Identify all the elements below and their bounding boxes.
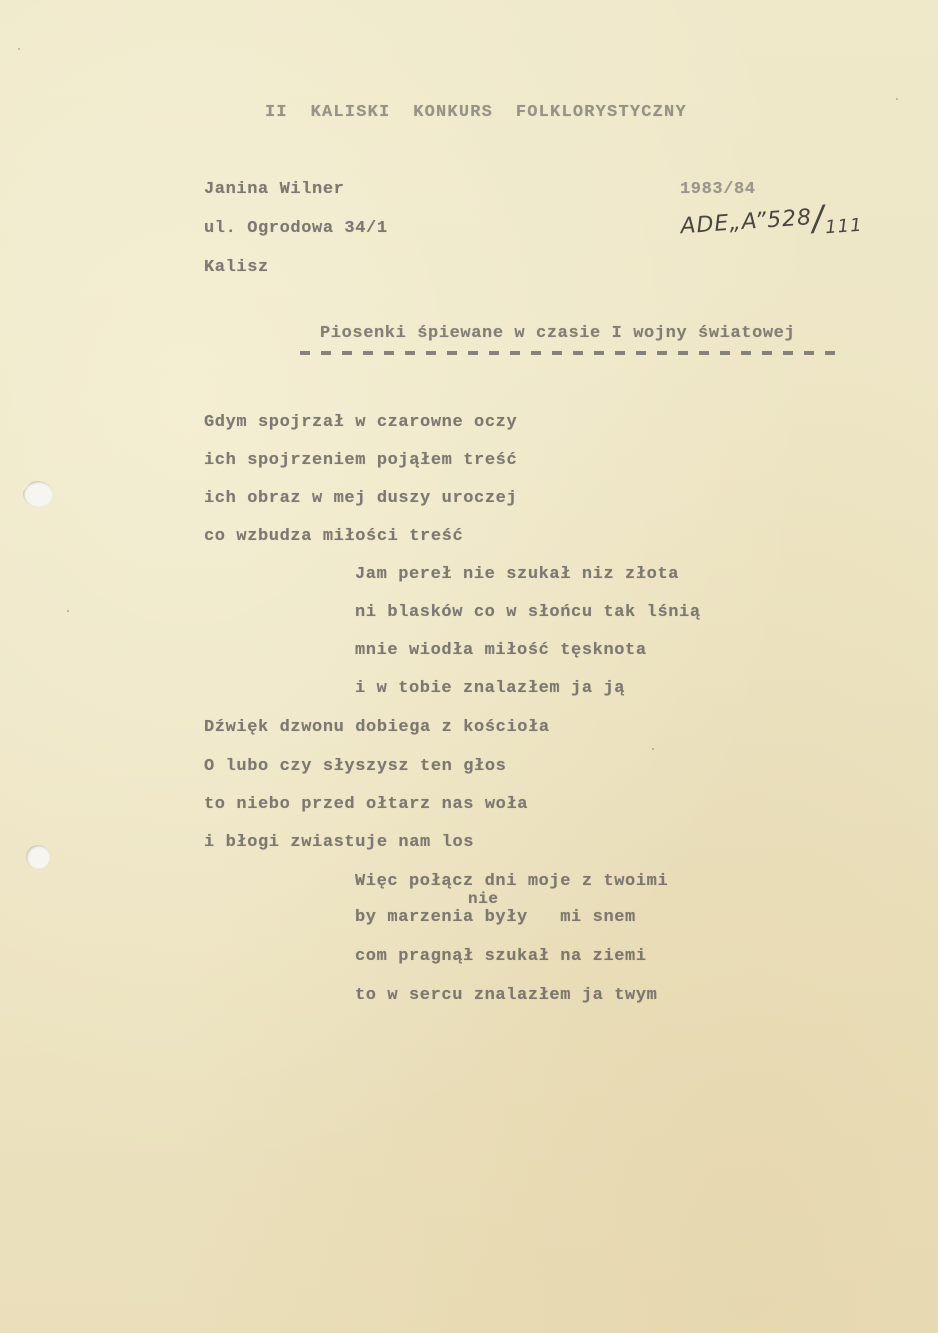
- author-city: Kalisz: [204, 258, 269, 277]
- verse-line: mnie wiodła miłość tęsknota: [355, 641, 647, 660]
- punch-hole: [23, 481, 53, 507]
- contest-header: II KALISKI KONKURS FOLKLORYSTYCZNY: [265, 103, 687, 122]
- verse-line: Jam pereł nie szukał niz złota: [355, 565, 679, 584]
- archive-mark-text: ADE„A”528: [680, 205, 813, 239]
- year: 1983/84: [680, 180, 756, 199]
- verse-line: Dźwięk dzwonu dobiega z kościoła: [204, 718, 550, 737]
- verse-line: co wzbudza miłości treść: [204, 527, 463, 546]
- verse-line: ich spojrzeniem pojąłem treść: [204, 451, 517, 470]
- archive-mark-sub: 111: [824, 215, 863, 239]
- paper-speck: [18, 48, 20, 50]
- author-name: Janina Wilner: [204, 180, 344, 199]
- verse-line: ich obraz w mej duszy uroczej: [204, 489, 517, 508]
- verse-line: to niebo przed ołtarz nas woła: [204, 795, 528, 814]
- title-underline: [300, 351, 845, 355]
- typed-insertion: nie: [468, 890, 499, 908]
- author-street: ul. Ogrodowa 34/1: [204, 219, 388, 238]
- paper-speck: [67, 610, 69, 612]
- verse-line: com pragnął szukał na ziemi: [355, 947, 647, 966]
- song-title: Piosenki śpiewane w czasie I wojny świat…: [320, 324, 795, 343]
- paper-speck: [896, 98, 898, 100]
- paper-speck: [652, 748, 654, 750]
- document-page: II KALISKI KONKURS FOLKLORYSTYCZNY Janin…: [0, 0, 938, 1333]
- verse-line: O lubo czy słyszysz ten głos: [204, 757, 506, 776]
- punch-hole: [26, 845, 50, 869]
- verse-line: i błogi zwiastuje nam los: [204, 833, 474, 852]
- verse-line: Gdym spojrzał w czarowne oczy: [204, 413, 517, 432]
- verse-line: by marzenia były mi snem: [355, 908, 636, 927]
- verse-line: Więc połącz dni moje z twoimi: [355, 872, 668, 891]
- verse-line: to w sercu znalazłem ja twym: [355, 986, 657, 1005]
- verse-line: ni blasków co w słońcu tak lśnią: [355, 603, 701, 622]
- verse-line: i w tobie znalazłem ja ją: [355, 679, 625, 698]
